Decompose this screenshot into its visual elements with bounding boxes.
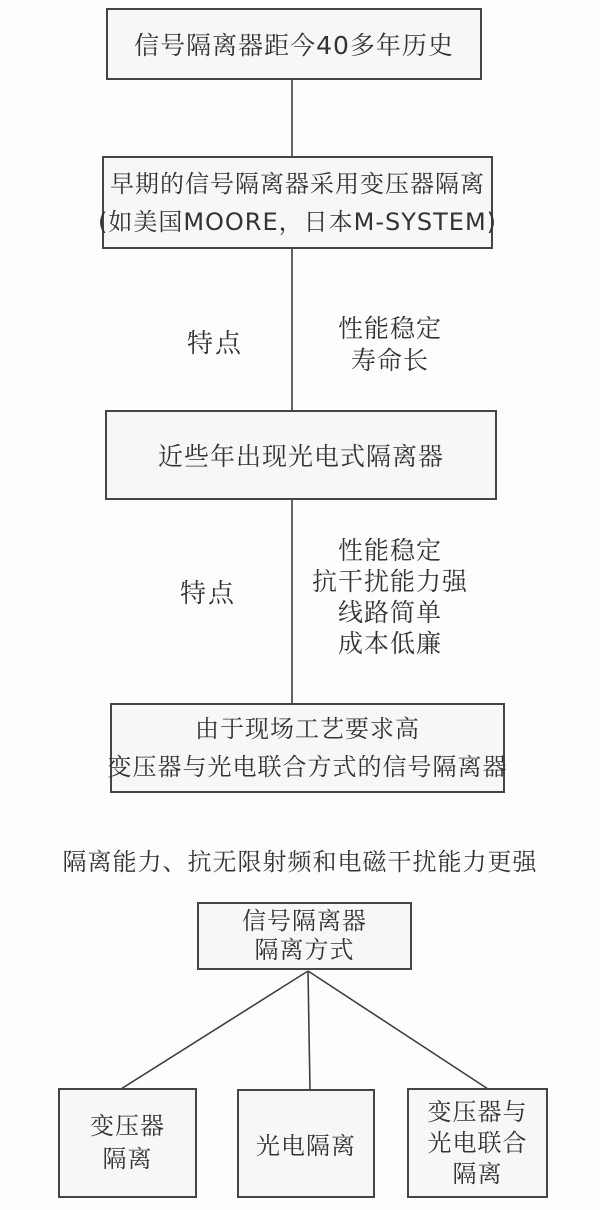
- flow-leaf-optical-text: 光电隔离: [256, 1126, 356, 1161]
- flow-node-method-line1: 信号隔离器: [242, 907, 367, 936]
- flow-leaf-combined-line1: 变压器与: [428, 1097, 528, 1128]
- flow-leaf-combined-line3: 隔离: [453, 1159, 503, 1190]
- flow-node-optical: 近些年出现光电式隔离器: [105, 410, 497, 500]
- connector-fan-right: [308, 971, 488, 1089]
- flow-leaf-transformer-line1: 变压器: [90, 1110, 165, 1143]
- flow-node-isolation-method: 信号隔离器 隔离方式: [197, 902, 412, 970]
- flow-leaf-optical-isolation: 光电隔离: [237, 1089, 375, 1198]
- flow-node-combined-line2: 变压器与光电联合方式的信号隔离器: [108, 748, 508, 786]
- flowchart-canvas: 信号隔离器距今40多年历史 早期的信号隔离器采用变压器隔离 (如美国MOORE，…: [0, 0, 600, 1210]
- flow-node-combined: 由于现场工艺要求高 变压器与光电联合方式的信号隔离器: [110, 703, 505, 793]
- feature-label-2: 特点: [158, 573, 258, 610]
- feature-label-1: 特点: [165, 323, 265, 360]
- feature-items-2: 性能稳定 抗干扰能力强 线路简单 成本低廉: [300, 535, 480, 659]
- flow-node-history: 信号隔离器距今40多年历史: [106, 8, 482, 80]
- feature-items-1: 性能稳定 寿命长: [310, 313, 470, 377]
- flow-node-optical-text: 近些年出现光电式隔离器: [158, 437, 444, 473]
- flow-leaf-combined-isolation: 变压器与 光电联合 隔离: [407, 1088, 548, 1198]
- flow-node-combined-line1: 由于现场工艺要求高: [195, 710, 420, 748]
- flow-node-early-transformer: 早期的信号隔离器采用变压器隔离 (如美国MOORE，日本M-SYSTEM): [102, 156, 493, 249]
- feature-2-item: 成本低廉: [300, 628, 480, 659]
- feature-2-item: 线路简单: [300, 597, 480, 628]
- connector-fan-left: [121, 971, 308, 1089]
- feature-2-item: 性能稳定: [300, 535, 480, 566]
- flow-leaf-combined-line2: 光电联合: [428, 1128, 528, 1159]
- flow-leaf-transformer-isolation: 变压器 隔离: [58, 1088, 197, 1198]
- flow-node-early-line1: 早期的信号隔离器采用变压器隔离: [110, 165, 485, 203]
- feature-1-item: 寿命长: [310, 345, 470, 377]
- flow-node-history-text: 信号隔离器距今40多年历史: [134, 26, 454, 62]
- flow-leaf-transformer-line2: 隔离: [103, 1143, 153, 1176]
- flow-node-method-line2: 隔离方式: [255, 936, 355, 965]
- feature-1-item: 性能稳定: [310, 313, 470, 345]
- connector-fan-middle: [308, 971, 310, 1090]
- flow-node-early-line2: (如美国MOORE，日本M-SYSTEM): [98, 203, 497, 241]
- note-text: 隔离能力、抗无限射频和电磁干扰能力更强: [0, 842, 600, 877]
- feature-2-item: 抗干扰能力强: [300, 566, 480, 597]
